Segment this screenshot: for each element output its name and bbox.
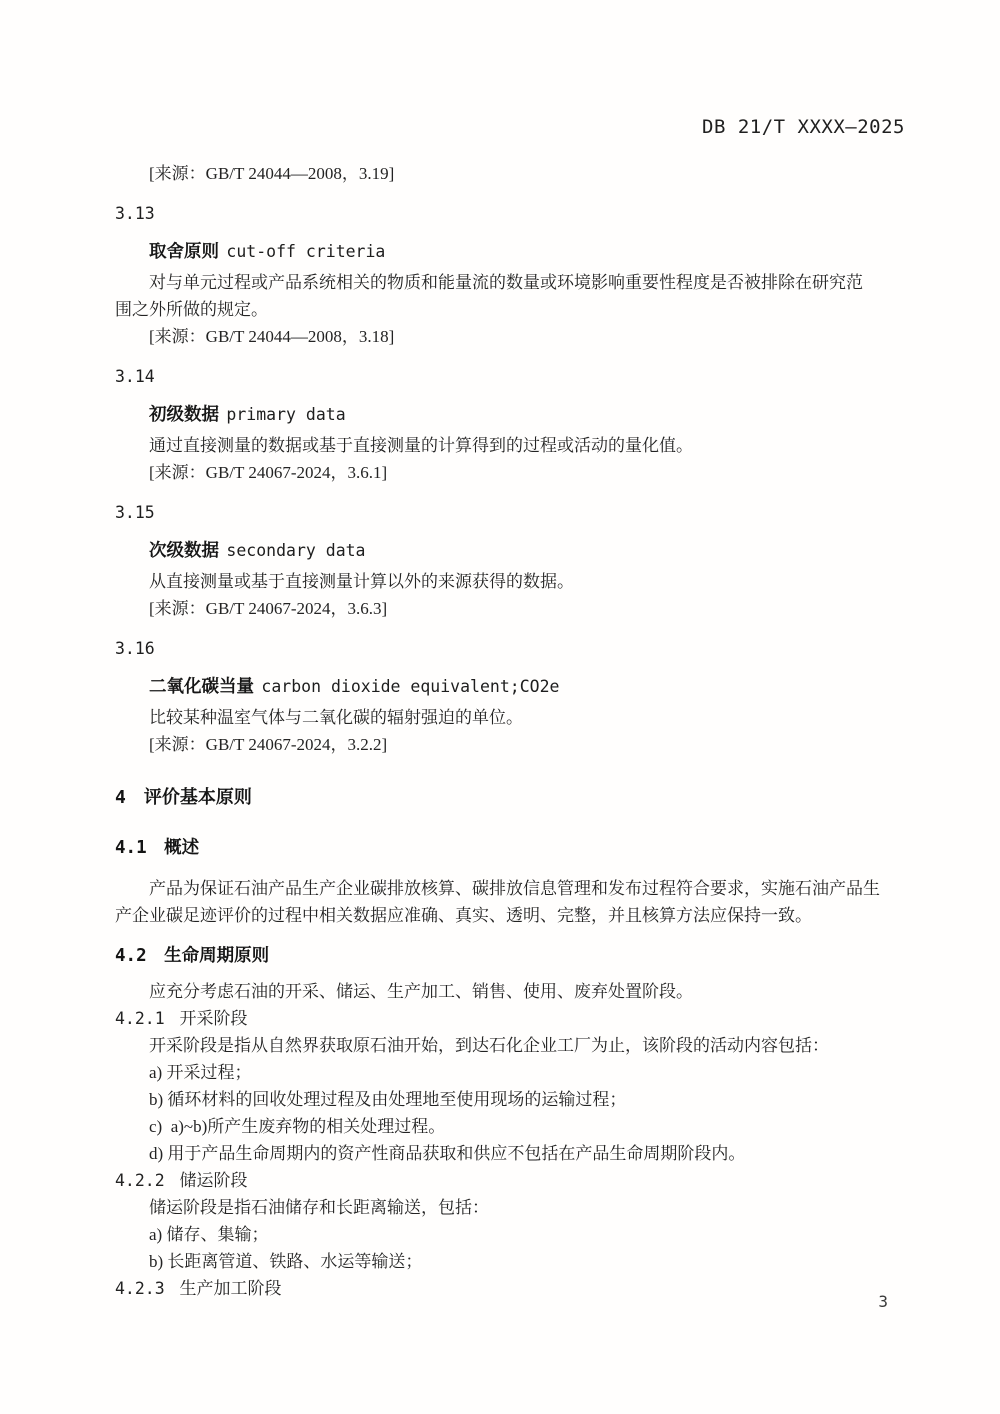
term-entry: 次级数据secondary data (115, 537, 907, 564)
section-title: 概述 (164, 837, 199, 857)
term-definition: 比较某种温室气体与二氧化碳的辐射强迫的单位。 (115, 704, 907, 731)
section-intro: 应充分考虑石油的开采、储运、生产加工、销售、使用、废弃处置阶段。 (115, 978, 907, 1005)
list-item: c) a)~b)所产生废弃物的相关处理过程。 (149, 1113, 907, 1140)
subsection-heading-4-2-1: 4.2.1开采阶段 (115, 1005, 907, 1032)
list-item: d) 用于产品生命周期内的资产性商品获取和供应不包括在产品生命周期阶段内。 (149, 1140, 907, 1167)
definition-line: 围之外所做的规定。 (115, 296, 907, 323)
subsection-number: 4.2.3 (115, 1279, 165, 1298)
term-entry: 二氧化碳当量carbon dioxide equivalent;CO2e (115, 673, 907, 700)
doc-number-header: DB 21/T XXXX—2025 (702, 116, 905, 138)
definition-line: 从直接测量或基于直接测量计算以外的来源获得的数据。 (115, 568, 907, 595)
paragraph-line: 产企业碳足迹评价的过程中相关数据应准确、真实、透明、完整，并且核算方法应保持一致… (115, 902, 907, 929)
subsection-heading-4-2-3: 4.2.3生产加工阶段 (115, 1275, 907, 1302)
term-chinese: 初级数据 (149, 404, 219, 424)
term-chinese: 次级数据 (149, 540, 219, 560)
chapter-number: 4 (115, 787, 126, 808)
list-item: b) 长距离管道、铁路、水运等输送； (149, 1248, 907, 1275)
term-definition: 通过直接测量的数据或基于直接测量的计算得到的过程或活动的量化值。 (115, 432, 907, 459)
section-heading-4-1: 4.1概述 (115, 834, 907, 862)
section-number: 4.2 (115, 946, 147, 966)
page-number: 3 (878, 1292, 888, 1311)
term-english: cut-off criteria (226, 242, 385, 261)
subsection-title: 开采阶段 (180, 1009, 248, 1028)
list-item: a) 开采过程； (149, 1059, 907, 1086)
definition-line: 对与单元过程或产品系统相关的物质和能量流的数量或环境影响重要性程度是否被排除在研… (115, 269, 907, 296)
term-english: carbon dioxide equivalent;CO2e (261, 677, 559, 696)
term-english: primary data (226, 405, 345, 424)
list-item: b) 循环材料的回收处理过程及由处理地至使用现场的运输过程； (149, 1086, 907, 1113)
section-number: 4.1 (115, 838, 147, 858)
chapter-heading: 4评价基本原则 (115, 784, 907, 811)
term-definition: 从直接测量或基于直接测量计算以外的来源获得的数据。 (115, 568, 907, 595)
subsection-title: 储运阶段 (180, 1171, 248, 1190)
section-heading-4-2: 4.2生命周期原则 (115, 942, 907, 970)
clause-number: 3.16 (115, 635, 907, 662)
term-entry: 取舍原则cut-off criteria (115, 238, 907, 265)
clause-number: 3.13 (115, 200, 907, 227)
page-content: [来源：GB/T 24044—2008，3.19] 3.13 取舍原则cut-o… (115, 160, 907, 1302)
source-reference: [来源：GB/T 24044—2008，3.18] (115, 323, 907, 350)
term-chinese: 二氧化碳当量 (149, 676, 254, 696)
source-reference: [来源：GB/T 24044—2008，3.19] (115, 160, 907, 187)
definition-line: 比较某种温室气体与二氧化碳的辐射强迫的单位。 (115, 704, 907, 731)
paragraph-line: 产品为保证石油产品生产企业碳排放核算、碳排放信息管理和发布过程符合要求，实施石油… (115, 875, 907, 902)
subsection-heading-4-2-2: 4.2.2储运阶段 (115, 1167, 907, 1194)
subsection-intro: 开采阶段是指从自然界获取原石油开始，到达石化企业工厂为止，该阶段的活动内容包括： (115, 1032, 907, 1059)
subsection-number: 4.2.2 (115, 1171, 165, 1190)
source-reference: [来源：GB/T 24067-2024，3.2.2] (115, 731, 907, 758)
section-title: 生命周期原则 (164, 945, 269, 965)
term-chinese: 取舍原则 (149, 241, 219, 261)
term-entry: 初级数据primary data (115, 401, 907, 428)
subsection-intro: 储运阶段是指石油储存和长距离输送，包括： (115, 1194, 907, 1221)
clause-number: 3.14 (115, 363, 907, 390)
document-page: DB 21/T XXXX—2025 [来源：GB/T 24044—2008，3.… (0, 0, 1000, 1414)
term-definition: 对与单元过程或产品系统相关的物质和能量流的数量或环境影响重要性程度是否被排除在研… (115, 269, 907, 323)
list-item: a) 储存、集输； (149, 1221, 907, 1248)
term-english: secondary data (226, 541, 365, 560)
subsection-title: 生产加工阶段 (180, 1279, 282, 1298)
source-reference: [来源：GB/T 24067-2024，3.6.3] (115, 595, 907, 622)
definition-line: 通过直接测量的数据或基于直接测量的计算得到的过程或活动的量化值。 (115, 432, 907, 459)
chapter-title: 评价基本原则 (144, 787, 252, 807)
subsection-number: 4.2.1 (115, 1009, 165, 1028)
clause-number: 3.15 (115, 499, 907, 526)
source-reference: [来源：GB/T 24067-2024，3.6.1] (115, 459, 907, 486)
section-paragraph: 产品为保证石油产品生产企业碳排放核算、碳排放信息管理和发布过程符合要求，实施石油… (115, 875, 907, 929)
